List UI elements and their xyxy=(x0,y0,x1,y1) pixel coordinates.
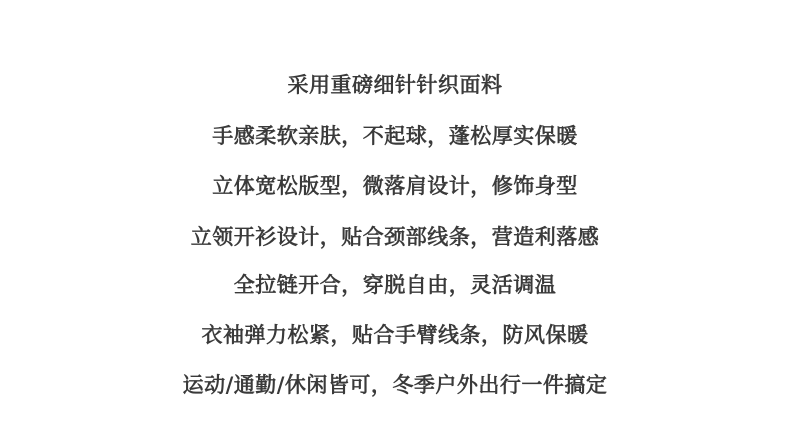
feature-zipper: 全拉链开合，穿脱自由，灵活调温 xyxy=(0,272,790,298)
feature-collar: 立领开衫设计，贴合颈部线条，营造利落感 xyxy=(0,224,790,250)
feature-fabric: 采用重磅细针针织面料 xyxy=(0,72,790,98)
feature-cuffs: 衣袖弹力松紧，贴合手臂线条，防风保暖 xyxy=(0,322,790,348)
feature-fit: 立体宽松版型，微落肩设计，修饰身型 xyxy=(0,173,790,199)
feature-touch-warmth: 手感柔软亲肤，不起球，蓬松厚实保暖 xyxy=(0,123,790,149)
feature-usage: 运动/通勤/休闲皆可，冬季户外出行一件搞定 xyxy=(0,372,790,398)
product-feature-list: 采用重磅细针针织面料 手感柔软亲肤，不起球，蓬松厚实保暖 立体宽松版型，微落肩设… xyxy=(0,0,790,436)
